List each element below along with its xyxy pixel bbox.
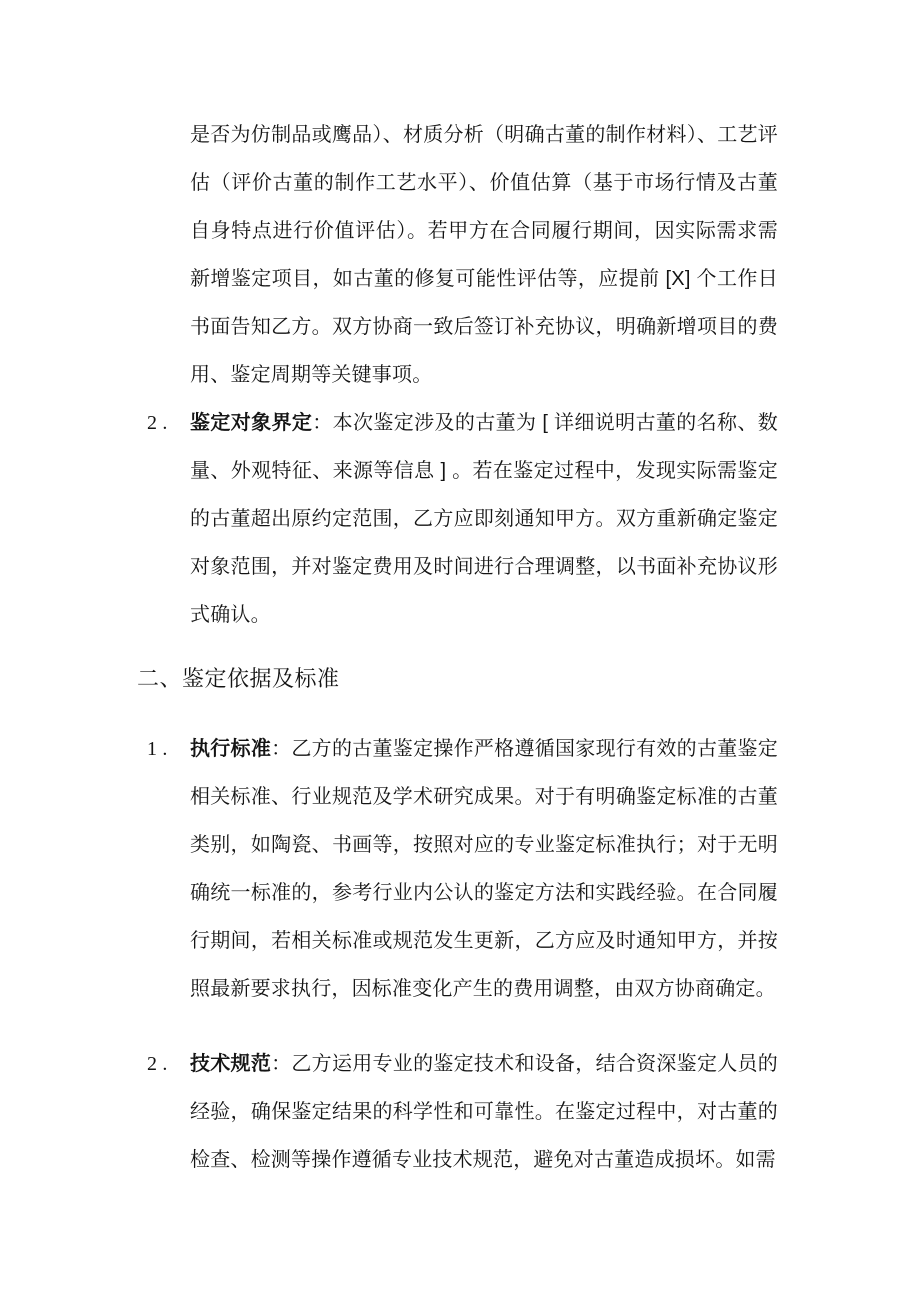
- document-page: 是否为仿制品或鹰品）、材质分析（明确古董的制作材料）、工艺评估（评价古董的制作工…: [0, 0, 920, 1301]
- list-item-number: 1 .: [147, 725, 190, 773]
- continuation-paragraph: 是否为仿制品或鹰品）、材质分析（明确古董的制作材料）、工艺评估（评价古董的制作工…: [190, 111, 778, 399]
- list-item-text: ：本次鉴定涉及的古董为 [ 详细说明古董的名称、数量、外观特征、来源等信息 ] …: [190, 412, 778, 626]
- list-item-label: 鉴定对象界定: [190, 412, 312, 434]
- list-item-label: 执行标准: [190, 738, 271, 760]
- list-item-number: 2 .: [147, 399, 190, 447]
- list-item-appraisal-object: 2 .鉴定对象界定：本次鉴定涉及的古董为 [ 详细说明古董的名称、数量、外观特征…: [190, 399, 778, 639]
- list-item-text: ：乙方运用专业的鉴定技术和设备，结合资深鉴定人员的经验，确保鉴定结果的科学性和可…: [190, 1053, 778, 1171]
- list-item-technical-spec: 2 .技术规范：乙方运用专业的鉴定技术和设备，结合资深鉴定人员的经验，确保鉴定结…: [190, 1040, 778, 1184]
- list-item-label: 技术规范: [190, 1053, 271, 1075]
- list-item-number: 2 .: [147, 1040, 190, 1088]
- list-item-execution-standard: 1 .执行标准：乙方的古董鉴定操作严格遵循国家现行有效的古董鉴定相关标准、行业规…: [190, 725, 778, 1013]
- list-item-text: ：乙方的古董鉴定操作严格遵循国家现行有效的古董鉴定相关标准、行业规范及学术研究成…: [190, 738, 778, 1000]
- section-heading-appraisal-basis: 二、鉴定依据及标准: [137, 655, 778, 703]
